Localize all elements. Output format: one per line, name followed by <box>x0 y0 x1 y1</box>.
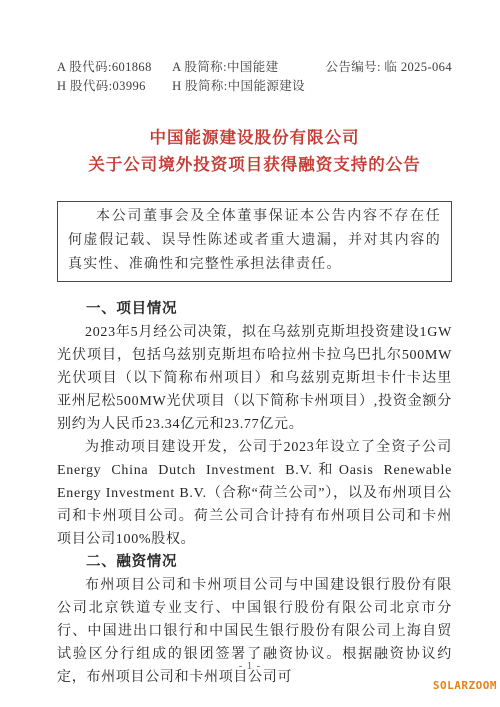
h-share-code: H 股代码:03996 <box>57 77 152 96</box>
share-names-column: A 股简称:中国能建 H 股简称:中国能源建设 <box>172 58 305 96</box>
share-codes-column: A 股代码:601868 H 股代码:03996 <box>57 58 152 96</box>
solarzoom-watermark: SOLARZOOM <box>433 679 497 692</box>
stock-info-header: A 股代码:601868 H 股代码:03996 A 股简称:中国能建 H 股简… <box>57 58 452 96</box>
title-line-1: 中国能源建设股份有限公司 <box>57 124 452 151</box>
section-2-heading: 二、融资情况 <box>57 551 452 574</box>
page-number: - 1 - <box>0 661 500 672</box>
title-line-2: 关于公司境外投资项目获得融资支持的公告 <box>57 151 452 178</box>
h-share-name: H 股简称:中国能源建设 <box>172 77 305 96</box>
board-declaration-box: 本公司董事会及全体董事保证本公告内容不存在任何虚假记载、误导性陈述或者重大遗漏，… <box>57 201 452 282</box>
declaration-text: 本公司董事会及全体董事保证本公告内容不存在任何虚假记载、误导性陈述或者重大遗漏，… <box>68 205 441 277</box>
section-1-heading: 一、项目情况 <box>57 298 452 321</box>
a-share-code: A 股代码:601868 <box>57 58 152 77</box>
announcement-page: A 股代码:601868 H 股代码:03996 A 股简称:中国能建 H 股简… <box>0 0 500 707</box>
a-share-name: A 股简称:中国能建 <box>172 58 305 77</box>
announcement-number: 公告编号: 临 2025-064 <box>325 58 452 77</box>
section-1-paragraph-1: 2023年5月经公司决策，拟在乌兹别克斯坦投资建设1GW光伏项目，包括乌兹别克斯… <box>57 321 452 436</box>
announcement-number-column: 公告编号: 临 2025-064 <box>325 58 452 96</box>
document-body: 一、项目情况 2023年5月经公司决策，拟在乌兹别克斯坦投资建设1GW光伏项目，… <box>57 298 452 689</box>
document-title: 中国能源建设股份有限公司 关于公司境外投资项目获得融资支持的公告 <box>57 124 452 178</box>
section-1-paragraph-2: 为推动项目建设开发，公司于2023年设立了全资子公司Energy China D… <box>57 436 452 551</box>
